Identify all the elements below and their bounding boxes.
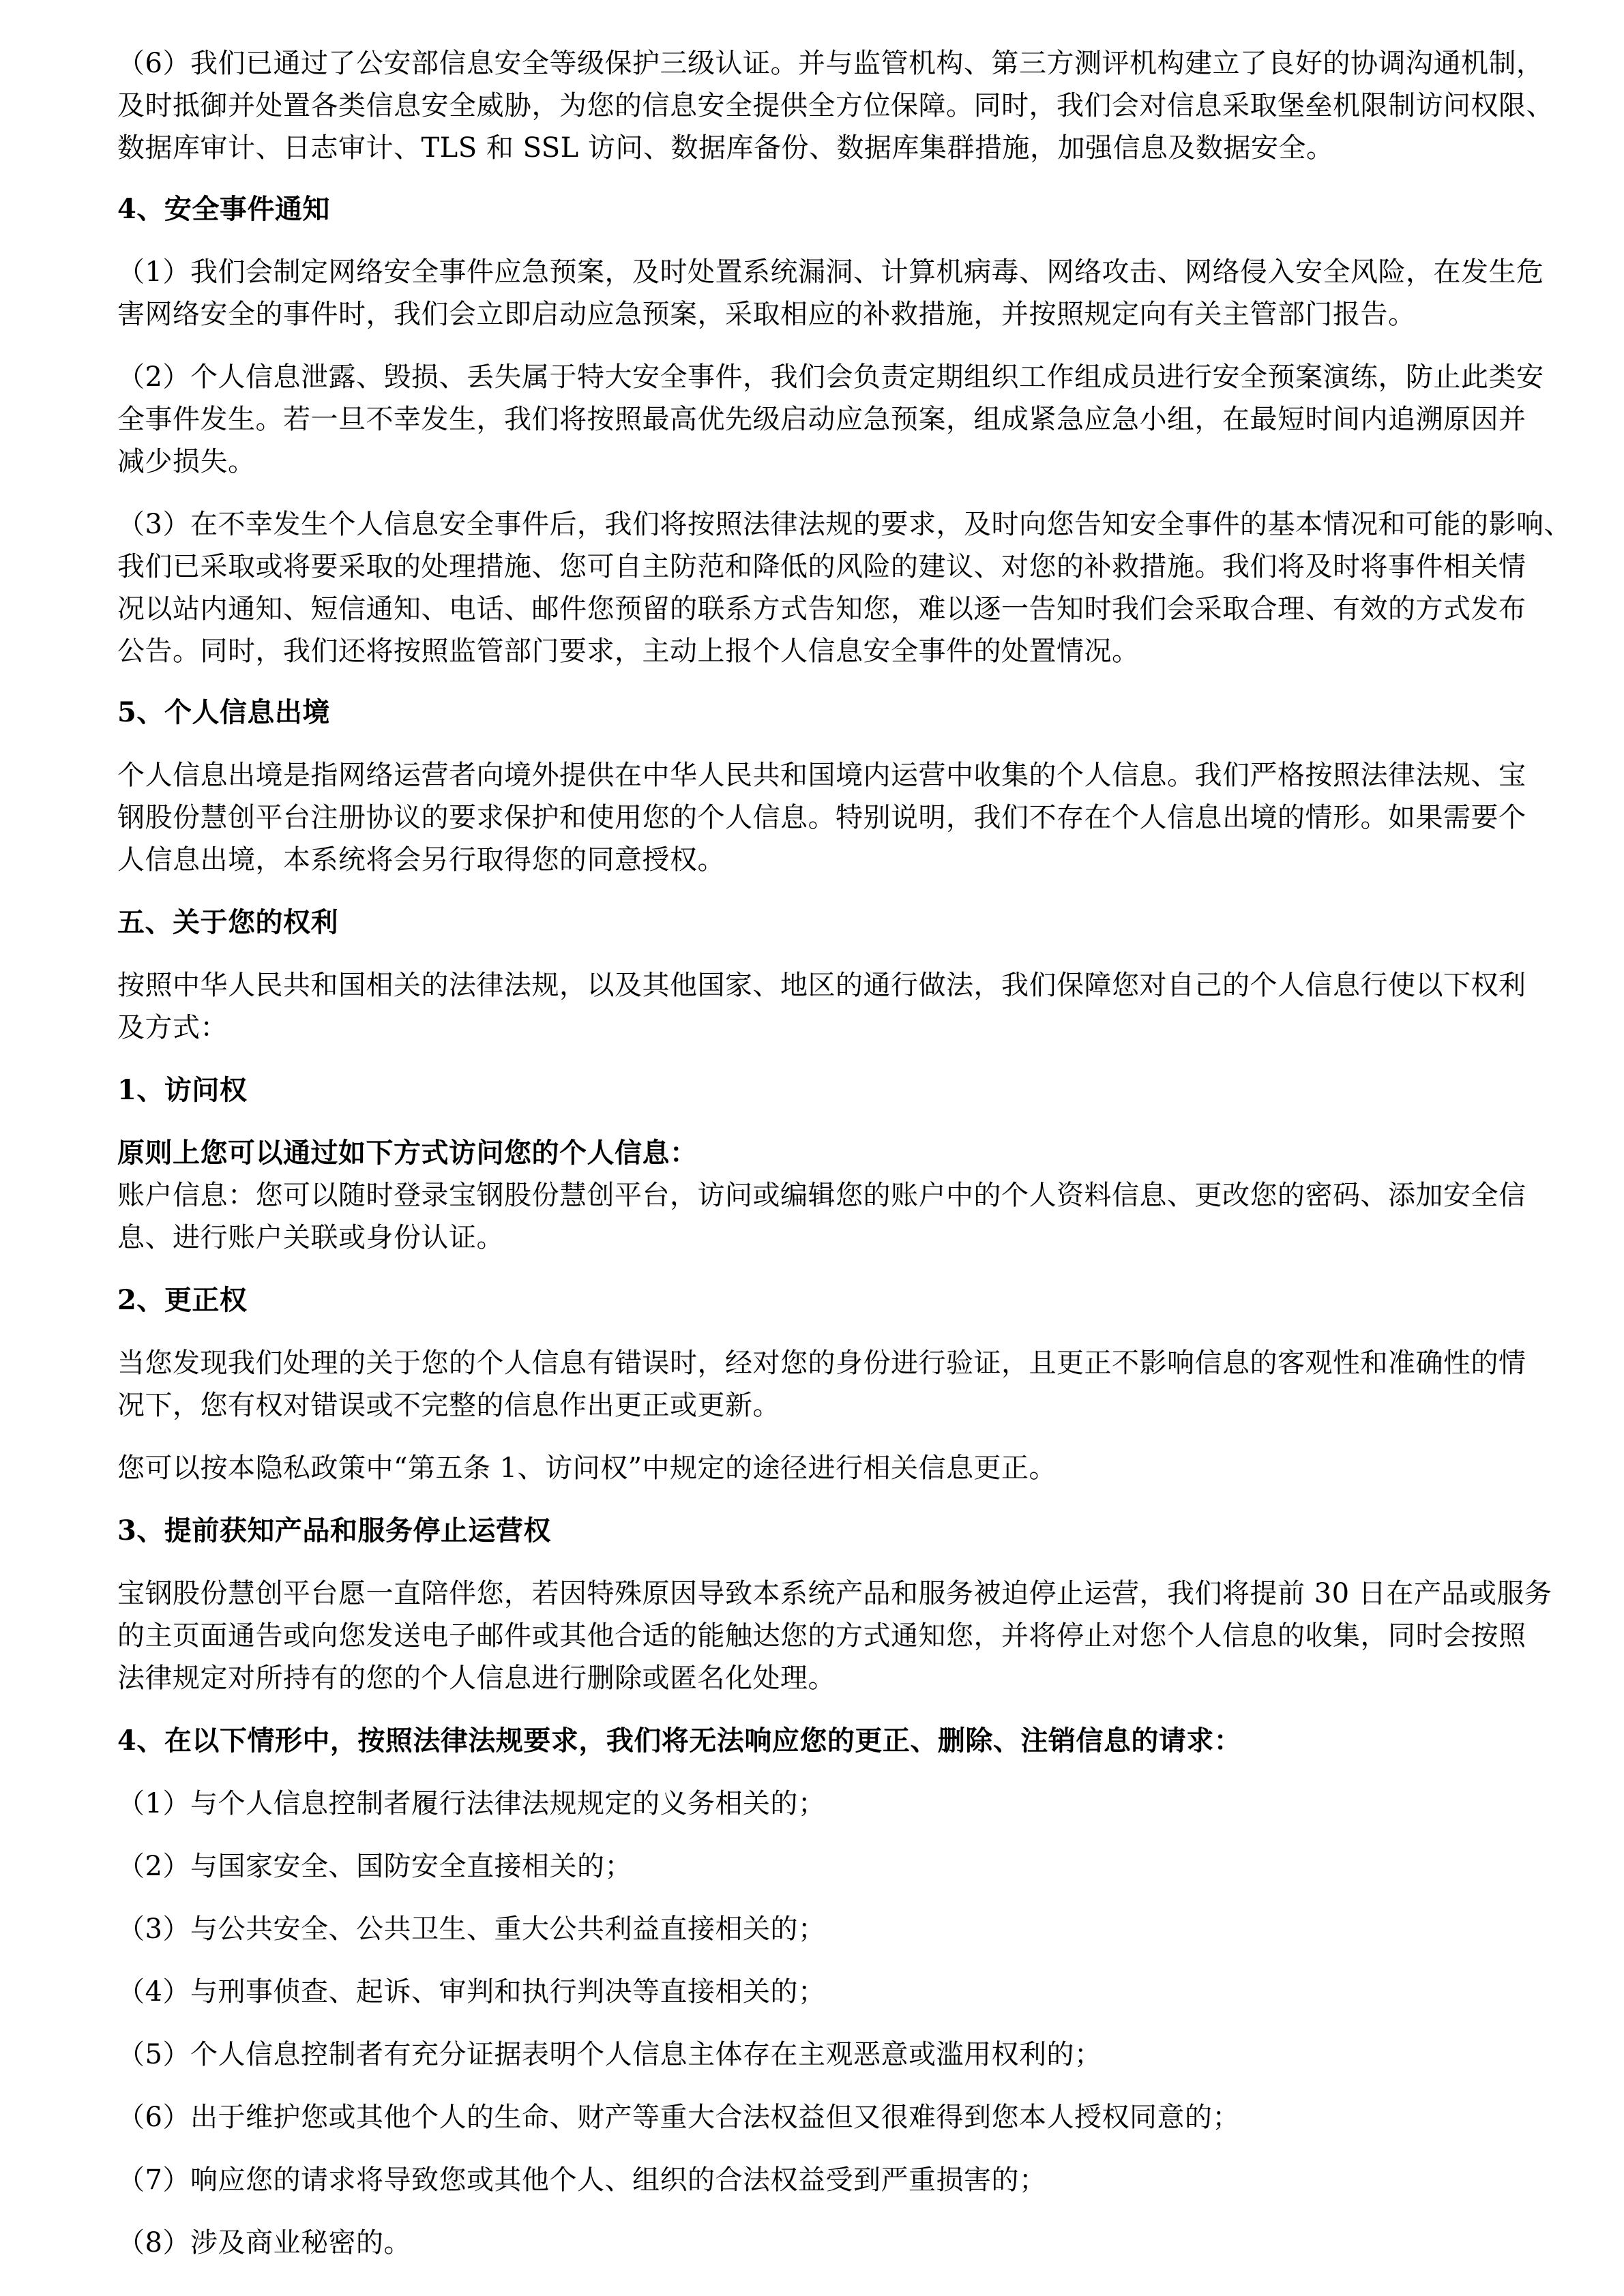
list-item-exception-6: （6）出于维护您或其他个人的生命、财产等重大合法权益但又很难得到您本人授权同意的… xyxy=(117,2096,1506,2138)
section-heading-correction-right: 2、更正权 xyxy=(117,1279,1506,1322)
text-line: （2）个人信息泄露、毁损、丢失属于特大安全事件，我们会负责定期组织工作组成员进行… xyxy=(117,356,1506,398)
list-item-text: （6）出于维护您或其他个人的生命、财产等重大合法权益但又很难得到您本人授权同意的… xyxy=(117,2096,1506,2138)
list-item-text: （4）与刑事侦查、起诉、审判和执行判决等直接相关的； xyxy=(117,1971,1506,2013)
paragraph-access-right: 原则上您可以通过如下方式访问您的个人信息： 账户信息：您可以随时登录宝钢股份慧创… xyxy=(117,1132,1506,1259)
text-line: 的主页面通告或向您发送电子邮件或其他合适的能触达您的方式通知您，并将停止对您个人… xyxy=(117,1615,1506,1657)
heading-text: 4、安全事件通知 xyxy=(117,188,1506,230)
list-item-text: （2）与国家安全、国防安全直接相关的； xyxy=(117,1845,1506,1888)
paragraph-security-certification: （6）我们已通过了公安部信息安全等级保护三级认证。并与监管机构、第三方测评机构建… xyxy=(117,42,1506,169)
list-item-exception-1: （1）与个人信息控制者履行法律法规规定的义务相关的； xyxy=(117,1783,1506,1825)
chapter-heading-your-rights: 五、关于您的权利 xyxy=(117,901,1506,944)
text-line: 账户信息：您可以随时登录宝钢股份慧创平台，访问或编辑您的账户中的个人资料信息、更… xyxy=(117,1174,1506,1217)
paragraph-incident-3: （3）在不幸发生个人信息安全事件后，我们将按照法律法规的要求，及时向您告知安全事… xyxy=(117,503,1506,672)
bold-lead-line: 原则上您可以通过如下方式访问您的个人信息： xyxy=(117,1132,1506,1174)
paragraph-incident-1: （1）我们会制定网络安全事件应急预案，及时处置系统漏洞、计算机病毒、网络攻击、网… xyxy=(117,251,1506,336)
heading-text: 五、关于您的权利 xyxy=(117,901,1506,944)
text-line: 按照中华人民共和国相关的法律法规，以及其他国家、地区的通行做法，我们保障您对自己… xyxy=(117,964,1506,1007)
heading-text: 2、更正权 xyxy=(117,1279,1506,1322)
section-heading-service-stop-notice: 3、提前获知产品和服务停止运营权 xyxy=(117,1510,1506,1552)
text-line: 您可以按本隐私政策中“第五条 1、访问权”中规定的途径进行相关信息更正。 xyxy=(117,1447,1506,1489)
section-heading-exceptions: 4、在以下情形中，按照法律法规要求，我们将无法响应您的更正、删除、注销信息的请求… xyxy=(117,1720,1506,1762)
text-line: （6）我们已通过了公安部信息安全等级保护三级认证。并与监管机构、第三方测评机构建… xyxy=(117,42,1506,85)
text-line: 钢股份慧创平台注册协议的要求保护和使用您的个人信息。特别说明，我们不存在个人信息… xyxy=(117,796,1506,839)
paragraph-correction-1: 当您发现我们处理的关于您的个人信息有错误时，经对您的身份进行验证，且更正不影响信… xyxy=(117,1342,1506,1427)
text-line: 息、进行账户关联或身份认证。 xyxy=(117,1217,1506,1259)
text-line: 害网络安全的事件时，我们会立即启动应急预案，采取相应的补救措施，并按照规定向有关… xyxy=(117,293,1506,336)
list-item-exception-5: （5）个人信息控制者有充分证据表明个人信息主体存在主观恶意或滥用权利的； xyxy=(117,2033,1506,2076)
text-line: 数据库审计、日志审计、TLS 和 SSL 访问、数据库备份、数据库集群措施，加强… xyxy=(117,127,1506,169)
paragraph-correction-2: 您可以按本隐私政策中“第五条 1、访问权”中规定的途径进行相关信息更正。 xyxy=(117,1447,1506,1489)
list-item-exception-8: （8）涉及商业秘密的。 xyxy=(117,2222,1506,2264)
text-line: 况以站内通知、短信通知、电话、邮件您预留的联系方式告知您，难以逐一告知时我们会采… xyxy=(117,588,1506,630)
text-line: （1）我们会制定网络安全事件应急预案，及时处置系统漏洞、计算机病毒、网络攻击、网… xyxy=(117,251,1506,293)
list-item-text: （5）个人信息控制者有充分证据表明个人信息主体存在主观恶意或滥用权利的； xyxy=(117,2033,1506,2076)
text-line: 全事件发生。若一旦不幸发生，我们将按照最高优先级启动应急预案，组成紧急应急小组，… xyxy=(117,398,1506,441)
list-item-text: （1）与个人信息控制者履行法律法规规定的义务相关的； xyxy=(117,1783,1506,1825)
text-line: 况下，您有权对错误或不完整的信息作出更正或更新。 xyxy=(117,1384,1506,1427)
list-item-exception-2: （2）与国家安全、国防安全直接相关的； xyxy=(117,1845,1506,1888)
paragraph-service-stop: 宝钢股份慧创平台愿一直陪伴您，若因特殊原因导致本系统产品和服务被迫停止运营，我们… xyxy=(117,1572,1506,1699)
list-item-text: （7）响应您的请求将导致您或其他个人、组织的合法权益受到严重损害的； xyxy=(117,2159,1506,2201)
section-heading-cross-border: 5、个人信息出境 xyxy=(117,691,1506,734)
paragraph-incident-2: （2）个人信息泄露、毁损、丢失属于特大安全事件，我们会负责定期组织工作组成员进行… xyxy=(117,356,1506,483)
text-line: 法律规定对所持有的您的个人信息进行删除或匿名化处理。 xyxy=(117,1657,1506,1699)
heading-text: 5、个人信息出境 xyxy=(117,691,1506,734)
list-item-exception-3: （3）与公共安全、公共卫生、重大公共利益直接相关的； xyxy=(117,1908,1506,1950)
paragraph-rights-intro: 按照中华人民共和国相关的法律法规，以及其他国家、地区的通行做法，我们保障您对自己… xyxy=(117,964,1506,1049)
list-item-text: （8）涉及商业秘密的。 xyxy=(117,2222,1506,2264)
text-line: 个人信息出境是指网络运营者向境外提供在中华人民共和国境内运营中收集的个人信息。我… xyxy=(117,754,1506,796)
list-item-exception-4: （4）与刑事侦查、起诉、审判和执行判决等直接相关的； xyxy=(117,1971,1506,2013)
section-heading-security-incident: 4、安全事件通知 xyxy=(117,188,1506,230)
text-line: 宝钢股份慧创平台愿一直陪伴您，若因特殊原因导致本系统产品和服务被迫停止运营，我们… xyxy=(117,1572,1506,1615)
text-line: 公告。同时，我们还将按照监管部门要求，主动上报个人信息安全事件的处置情况。 xyxy=(117,630,1506,672)
heading-text: 4、在以下情形中，按照法律法规要求，我们将无法响应您的更正、删除、注销信息的请求… xyxy=(117,1720,1506,1762)
heading-text: 1、访问权 xyxy=(117,1069,1506,1112)
list-item-text: （3）与公共安全、公共卫生、重大公共利益直接相关的； xyxy=(117,1908,1506,1950)
paragraph-cross-border: 个人信息出境是指网络运营者向境外提供在中华人民共和国境内运营中收集的个人信息。我… xyxy=(117,754,1506,881)
text-line: 当您发现我们处理的关于您的个人信息有错误时，经对您的身份进行验证，且更正不影响信… xyxy=(117,1342,1506,1384)
text-line: 人信息出境，本系统将会另行取得您的同意授权。 xyxy=(117,839,1506,881)
list-item-exception-7: （7）响应您的请求将导致您或其他个人、组织的合法权益受到严重损害的； xyxy=(117,2159,1506,2201)
text-line: 及方式： xyxy=(117,1007,1506,1049)
text-line: （3）在不幸发生个人信息安全事件后，我们将按照法律法规的要求，及时向您告知安全事… xyxy=(117,503,1506,546)
text-line: 减少损失。 xyxy=(117,441,1506,483)
text-line: 我们已采取或将要采取的处理措施、您可自主防范和降低的风险的建议、对您的补救措施。… xyxy=(117,546,1506,588)
section-heading-access-right: 1、访问权 xyxy=(117,1069,1506,1112)
heading-text: 3、提前获知产品和服务停止运营权 xyxy=(117,1510,1506,1552)
text-line: 及时抵御并处置各类信息安全威胁，为您的信息安全提供全方位保障。同时，我们会对信息… xyxy=(117,85,1506,127)
